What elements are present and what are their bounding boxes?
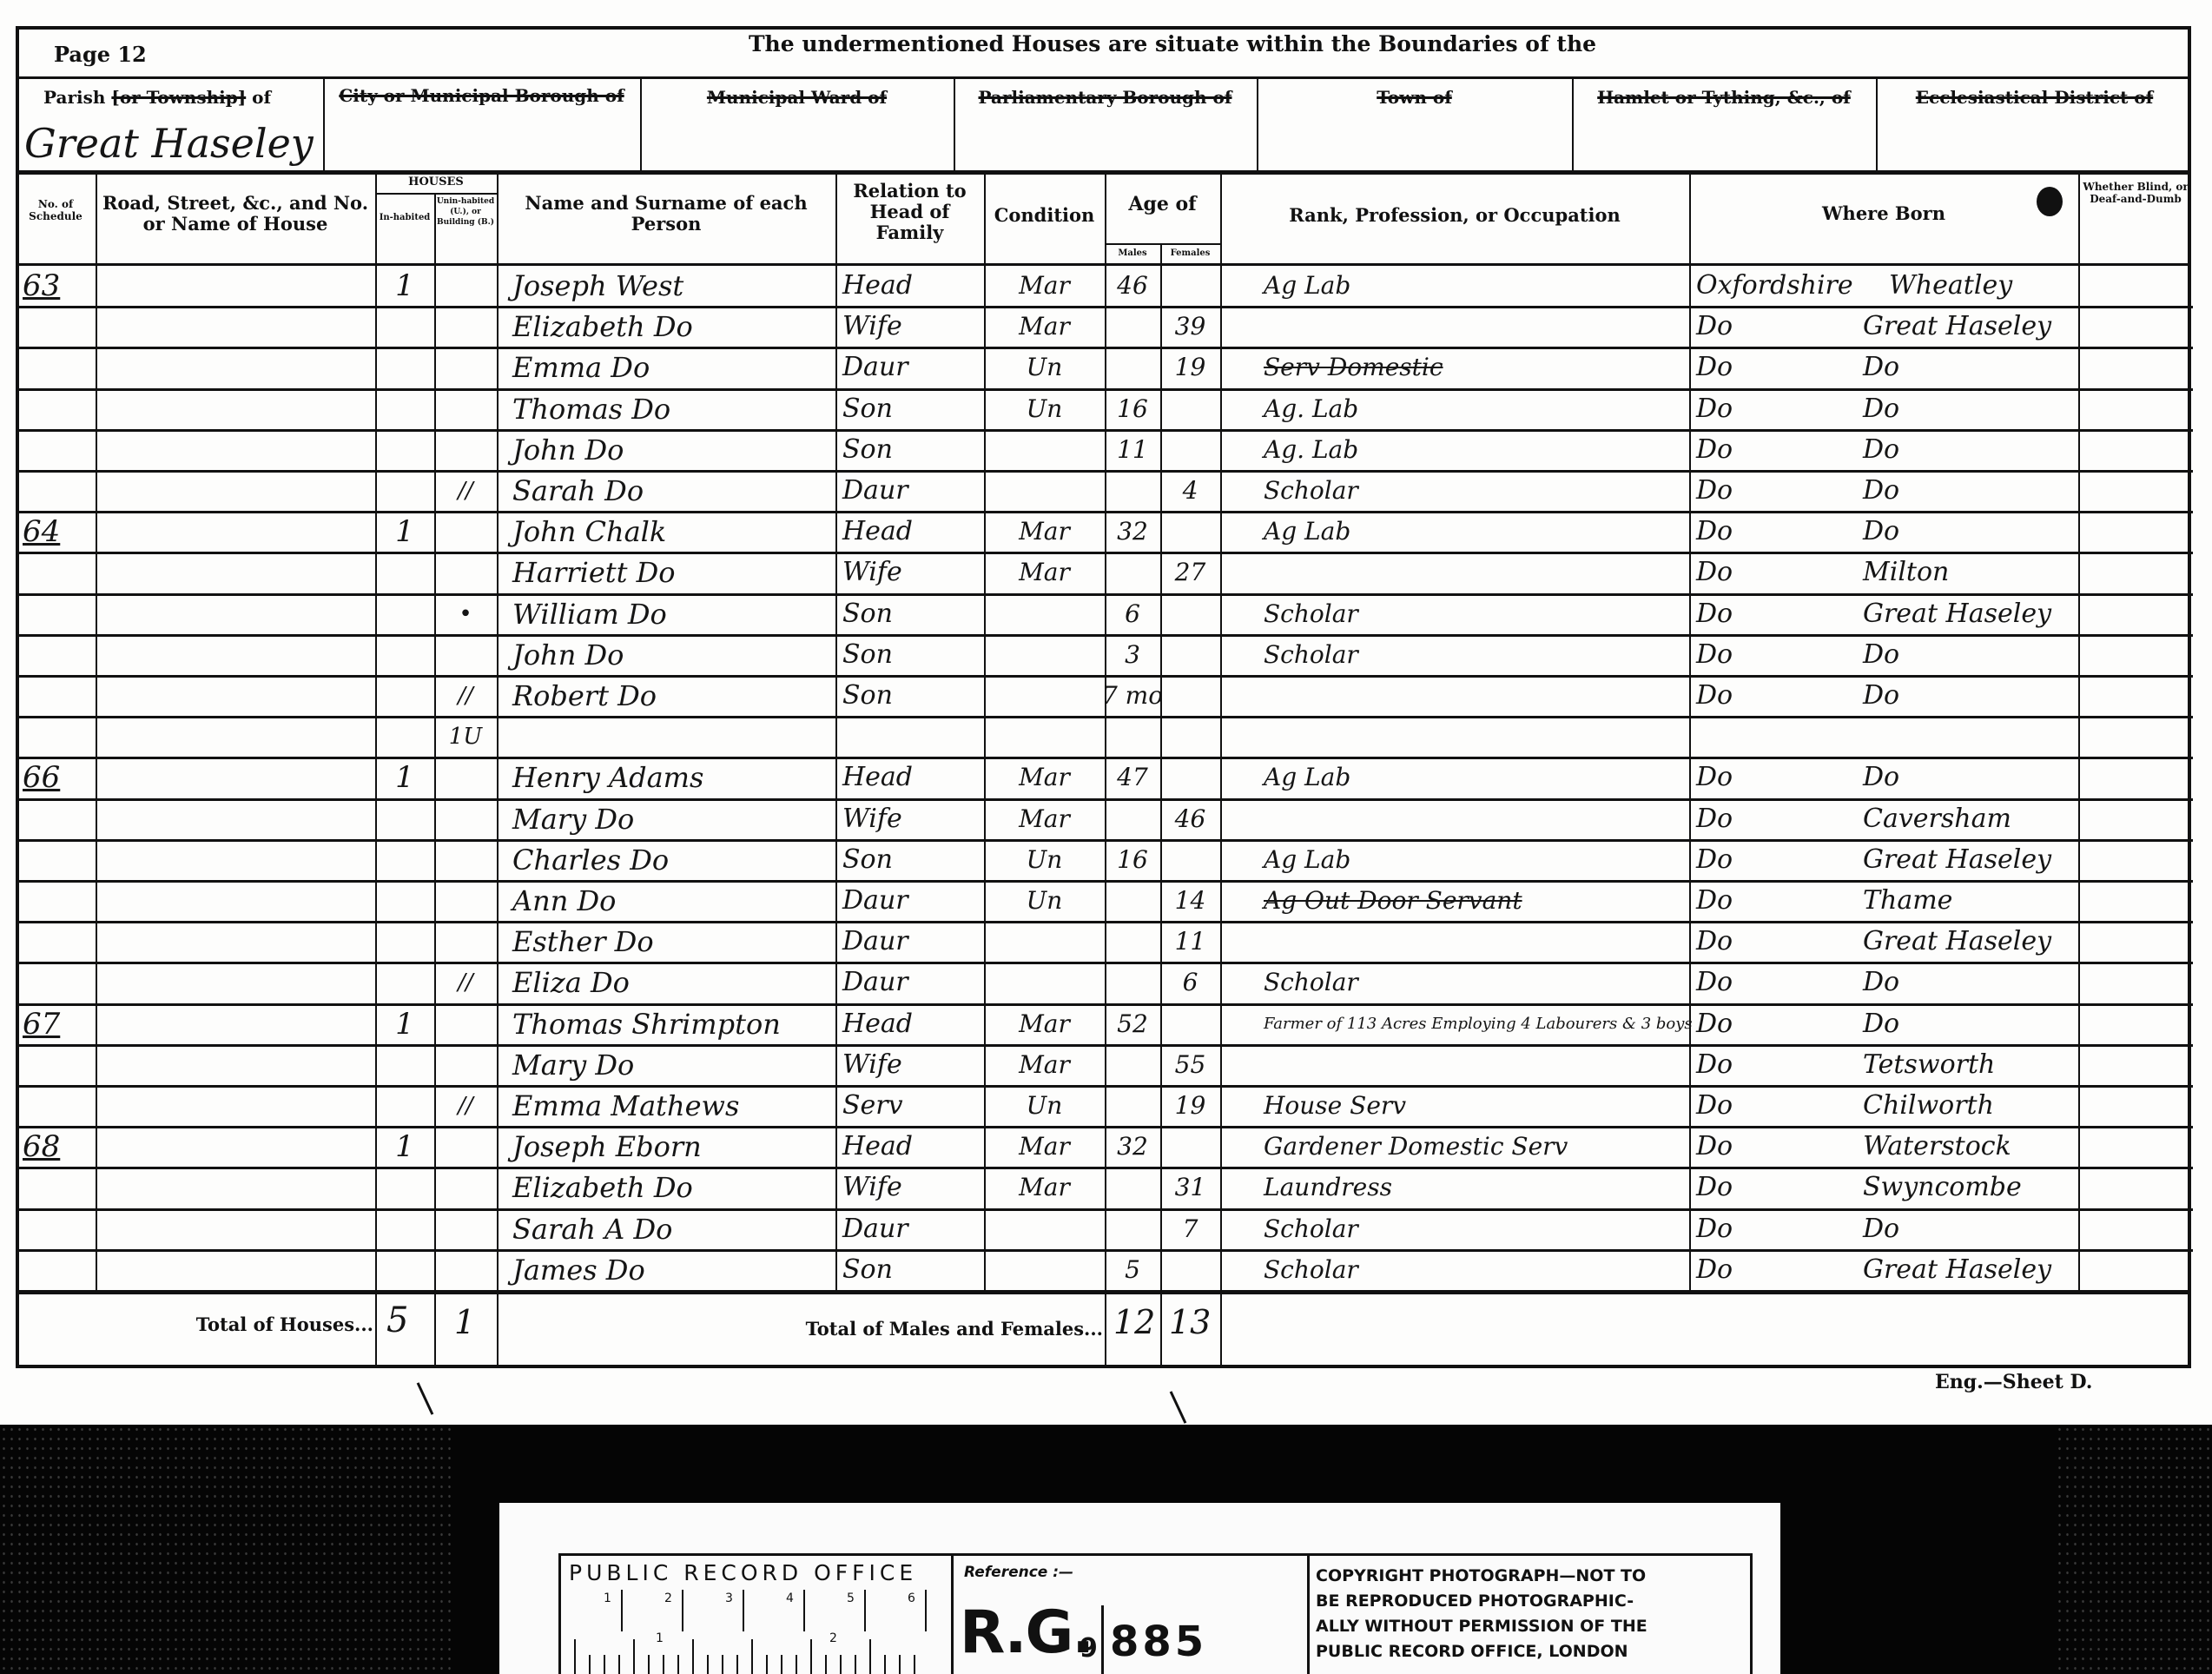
census-row: 661Henry AdamsHeadMar47Ag LabDoDo: [0, 757, 2212, 797]
census-row: 641John ChalkHeadMar32Ag LabDoDo: [0, 511, 2212, 552]
female-age: 11: [1160, 921, 1220, 962]
relation: Wife: [842, 306, 984, 347]
person-name: William Do: [512, 593, 835, 634]
occupation: Scholar: [1264, 470, 1689, 511]
census-row: Mary DoWifeMar55DoTetsworth: [0, 1044, 2212, 1085]
ruler-label: 6: [908, 1591, 915, 1605]
person-name: Ann Do: [512, 880, 835, 921]
male-age: 16: [1105, 839, 1160, 880]
male-age: 46: [1105, 265, 1160, 306]
col-header-where-born: Where Born: [1693, 203, 2075, 224]
person-name: James Do: [512, 1249, 835, 1290]
uninhabited-mark: //: [434, 470, 497, 511]
copyright-line: COPYRIGHT PHOTOGRAPH—NOT TO: [1316, 1564, 1746, 1589]
condition: Mar: [984, 265, 1105, 306]
person-name: Joseph Eborn: [512, 1126, 835, 1167]
ruler-label: 4: [786, 1591, 794, 1605]
born-county: Do: [1696, 306, 1863, 347]
copyright-line: ALLY WITHOUT PERMISSION OF THE: [1316, 1614, 1746, 1639]
born-county: Do: [1696, 1208, 1863, 1249]
col-header-inhabited: In-habited: [375, 212, 434, 224]
relation: Wife: [842, 1044, 984, 1085]
scale-ruler: 12345612: [569, 1590, 934, 1674]
copyright-line: BE REPRODUCED PHOTOGRAPHIC-: [1316, 1589, 1746, 1614]
condition: Mar: [984, 306, 1105, 347]
col-header-houses: HOUSES: [375, 176, 497, 189]
person-name: Mary Do: [512, 1044, 835, 1085]
reference-prefix: R.G.: [960, 1598, 1093, 1667]
inhabited-mark: 1: [375, 1126, 434, 1167]
born-place: Great Haseley: [1863, 1249, 2078, 1290]
occupation: Laundress: [1264, 1167, 1689, 1208]
total-persons-label: Total of Males and Females...: [695, 1318, 1103, 1340]
col-header-uninhabited: Unin-habited (U.), or Building (B.): [436, 196, 495, 228]
schedule-number: 64: [23, 511, 96, 552]
condition: Mar: [984, 552, 1105, 592]
person-name: Esther Do: [512, 921, 835, 962]
person-name: Harriett Do: [512, 552, 835, 592]
occupation: Scholar: [1264, 634, 1689, 675]
uninhabited-mark: 1U: [434, 716, 497, 757]
born-place: Do: [1863, 1003, 2078, 1044]
relation: Son: [842, 388, 984, 429]
born-place: Do: [1863, 634, 2078, 675]
born-county: Do: [1696, 839, 1863, 880]
person-name: Emma Mathews: [512, 1085, 835, 1126]
col-header-name: Name and Surname of each Person: [500, 193, 832, 235]
occupation: Ag Lab: [1264, 757, 1689, 797]
relation: Daur: [842, 921, 984, 962]
born-place: Tetsworth: [1863, 1044, 2078, 1085]
condition: Mar: [984, 798, 1105, 839]
born-county: Do: [1696, 675, 1863, 716]
person-name: Joseph West: [512, 265, 835, 306]
female-age: 14: [1160, 880, 1220, 921]
occupation: Gardener Domestic Serv: [1264, 1126, 1689, 1167]
hole-punch-mark: [2037, 187, 2063, 216]
born-place: Great Haseley: [1863, 593, 2078, 634]
born-county: Do: [1696, 962, 1863, 1002]
relation: Wife: [842, 798, 984, 839]
born-place: Do: [1863, 962, 2078, 1002]
relation: Serv: [842, 1085, 984, 1126]
born-place: Do: [1863, 429, 2078, 470]
relation: Head: [842, 265, 984, 306]
person-name: Elizabeth Do: [512, 1167, 835, 1208]
copyright-notice: COPYRIGHT PHOTOGRAPH—NOT TOBE REPRODUCED…: [1316, 1564, 1746, 1664]
relation: Son: [842, 1249, 984, 1290]
relation: Head: [842, 1126, 984, 1167]
female-age: 6: [1160, 962, 1220, 1002]
boundary-label-1: City or Municipal Borough of: [323, 85, 640, 106]
ruler-label: 1: [656, 1631, 664, 1645]
relation: Son: [842, 634, 984, 675]
inhabited-mark: 1: [375, 511, 434, 552]
female-age: 19: [1160, 1085, 1220, 1126]
col-header-age: Age of: [1105, 193, 1220, 215]
born-county: Do: [1696, 511, 1863, 552]
born-place: Do: [1863, 1208, 2078, 1249]
born-county: Do: [1696, 429, 1863, 470]
ruler-label: 1: [604, 1591, 611, 1605]
born-county: Do: [1696, 470, 1863, 511]
occupation: Ag. Lab: [1264, 388, 1689, 429]
condition: Un: [984, 1085, 1105, 1126]
total-males: 12: [1113, 1303, 1155, 1341]
col-header-road: Road, Street, &c., and No. or Name of Ho…: [99, 193, 372, 235]
born-county: Do: [1696, 388, 1863, 429]
born-county: Do: [1696, 593, 1863, 634]
born-county: Do: [1696, 634, 1863, 675]
total-inhabited: 5: [386, 1300, 408, 1340]
schedule-number: 68: [23, 1126, 96, 1167]
col-header-blind: Whether Blind, or Deaf-and-Dumb: [2082, 181, 2189, 205]
relation: Son: [842, 839, 984, 880]
condition: Un: [984, 839, 1105, 880]
relation: Son: [842, 429, 984, 470]
census-row: //Eliza DoDaur6ScholarDoDo: [0, 962, 2212, 1002]
male-age: 32: [1105, 511, 1160, 552]
born-county: Do: [1696, 1003, 1863, 1044]
condition: Un: [984, 347, 1105, 387]
total-uninhabited: 1: [454, 1303, 475, 1341]
boundary-label-0: Parish [or Township] of: [16, 87, 351, 108]
census-row: 631Joseph WestHeadMar46Ag LabOxfordshire…: [0, 265, 2212, 306]
male-age: 6: [1105, 593, 1160, 634]
female-age: 46: [1160, 798, 1220, 839]
born-place: Wheatley: [1889, 265, 2104, 306]
born-county: Do: [1696, 921, 1863, 962]
page-number: Page 12: [54, 42, 147, 67]
person-name: Robert Do: [512, 675, 835, 716]
col-header-condition: Condition: [987, 205, 1101, 226]
uninhabited-mark: //: [434, 675, 497, 716]
col-header-occupation: Rank, Profession, or Occupation: [1224, 205, 1686, 226]
relation: Daur: [842, 347, 984, 387]
person-name: Henry Adams: [512, 757, 835, 797]
census-row: •William DoSon6ScholarDoGreat Haseley: [0, 593, 2212, 634]
census-row: Thomas DoSonUn16Ag. LabDoDo: [0, 388, 2212, 429]
born-county: Do: [1696, 798, 1863, 839]
born-county: Do: [1696, 757, 1863, 797]
born-place: Swyncombe: [1863, 1167, 2078, 1208]
born-place: Chilworth: [1863, 1085, 2078, 1126]
occupation: Serv Domestic: [1264, 347, 1689, 387]
condition: Un: [984, 388, 1105, 429]
born-county: Do: [1696, 1167, 1863, 1208]
born-place: Great Haseley: [1863, 839, 2078, 880]
schedule-number: 67: [23, 1003, 96, 1044]
occupation: Ag Lab: [1264, 265, 1689, 306]
born-place: Do: [1863, 388, 2078, 429]
reference-label: Reference :—: [964, 1564, 1073, 1581]
census-row: 681Joseph EbornHeadMar32Gardener Domesti…: [0, 1126, 2212, 1167]
uninhabited-mark: •: [434, 593, 497, 634]
col-header-schedule: No. of Schedule: [19, 198, 92, 222]
born-county: Do: [1696, 347, 1863, 387]
male-age: 11: [1105, 429, 1160, 470]
relation: Daur: [842, 470, 984, 511]
census-row: 671Thomas ShrimptonHeadMar52Farmer of 11…: [0, 1003, 2212, 1044]
col-header-males: Males: [1105, 248, 1160, 258]
reference-series: 9: [1080, 1633, 1098, 1664]
person-name: Mary Do: [512, 798, 835, 839]
census-row: //Sarah DoDaur4ScholarDoDo: [0, 470, 2212, 511]
occupation: Ag. Lab: [1264, 429, 1689, 470]
census-row: Emma DoDaurUn19Serv DomesticDoDo: [0, 347, 2212, 387]
occupation: Ag Out Door Servant: [1264, 880, 1689, 921]
male-age: 5: [1105, 1249, 1160, 1290]
person-name: John Do: [512, 634, 835, 675]
relation: Wife: [842, 552, 984, 592]
female-age: 4: [1160, 470, 1220, 511]
occupation: Ag Lab: [1264, 839, 1689, 880]
col-header-females: Females: [1160, 248, 1220, 258]
ruler-label: 5: [847, 1591, 855, 1605]
schedule-number: 63: [23, 265, 96, 306]
female-age: 19: [1160, 347, 1220, 387]
condition: Mar: [984, 1167, 1105, 1208]
census-row: Harriett DoWifeMar27DoMilton: [0, 552, 2212, 592]
person-name: Elizabeth Do: [512, 306, 835, 347]
person-name: Eliza Do: [512, 962, 835, 1002]
reference-piece: 885: [1110, 1618, 1207, 1666]
born-place: Do: [1863, 511, 2078, 552]
male-age: 7 mo: [1105, 675, 1160, 716]
condition: Un: [984, 880, 1105, 921]
female-age: 7: [1160, 1208, 1220, 1249]
female-age: 39: [1160, 306, 1220, 347]
parish-name: Great Haseley: [24, 120, 314, 167]
inhabited-mark: 1: [375, 265, 434, 306]
census-row: 1U: [0, 716, 2212, 757]
person-name: John Do: [512, 429, 835, 470]
banner-text: The undermentioned Houses are situate wi…: [608, 31, 1737, 56]
born-county: Do: [1696, 552, 1863, 592]
boundary-label-2: Municipal Ward of: [640, 87, 954, 108]
person-name: Emma Do: [512, 347, 835, 387]
census-row: James DoSon5ScholarDoGreat Haseley: [0, 1249, 2212, 1290]
condition: Mar: [984, 511, 1105, 552]
tally-mark: [417, 1382, 434, 1415]
condition: Mar: [984, 1044, 1105, 1085]
born-county: Do: [1696, 1126, 1863, 1167]
relation: Son: [842, 593, 984, 634]
born-county: Do: [1696, 1044, 1863, 1085]
sheet-footer: Eng.—Sheet D.: [1935, 1371, 2092, 1393]
born-county: Do: [1696, 880, 1863, 921]
male-age: 32: [1105, 1126, 1160, 1167]
inhabited-mark: 1: [375, 757, 434, 797]
person-name: John Chalk: [512, 511, 835, 552]
boundary-label-4: Town of: [1257, 87, 1572, 108]
copyright-line: PUBLIC RECORD OFFICE, LONDON: [1316, 1639, 1746, 1664]
condition: Mar: [984, 757, 1105, 797]
relation: Wife: [842, 1167, 984, 1208]
census-row: Elizabeth DoWifeMar39DoGreat Haseley: [0, 306, 2212, 347]
record-office-label: PUBLIC RECORD OFFICE: [569, 1560, 917, 1585]
female-age: 27: [1160, 552, 1220, 592]
boundary-label-6: Ecclesiastical District of: [1876, 87, 2193, 108]
relation: Head: [842, 1003, 984, 1044]
tally-mark: [1170, 1391, 1187, 1424]
ruler-label: 2: [664, 1591, 672, 1605]
total-females: 13: [1169, 1303, 1211, 1341]
born-county: Do: [1696, 1085, 1863, 1126]
born-place: Caversham: [1863, 798, 2078, 839]
born-place: Great Haseley: [1863, 921, 2078, 962]
occupation: Scholar: [1264, 593, 1689, 634]
ruler-label: 3: [725, 1591, 733, 1605]
condition: Mar: [984, 1003, 1105, 1044]
occupation: Scholar: [1264, 962, 1689, 1002]
male-age: 47: [1105, 757, 1160, 797]
condition: Mar: [984, 1126, 1105, 1167]
male-age: 3: [1105, 634, 1160, 675]
census-row: Sarah A DoDaur7ScholarDoDo: [0, 1208, 2212, 1249]
person-name: Thomas Shrimpton: [512, 1003, 835, 1044]
census-row: Elizabeth DoWifeMar31LaundressDoSwyncomb…: [0, 1167, 2212, 1208]
census-page: Page 12 The undermentioned Houses are si…: [0, 0, 2212, 1425]
relation: Daur: [842, 1208, 984, 1249]
female-age: 31: [1160, 1167, 1220, 1208]
born-place: Do: [1863, 675, 2078, 716]
occupation: Scholar: [1264, 1249, 1689, 1290]
born-county: Do: [1696, 1249, 1863, 1290]
person-name: Sarah Do: [512, 470, 835, 511]
census-row: Charles DoSonUn16Ag LabDoGreat Haseley: [0, 839, 2212, 880]
boundary-label-3: Parliamentary Borough of: [954, 87, 1257, 108]
occupation: Ag Lab: [1264, 511, 1689, 552]
relation: Son: [842, 675, 984, 716]
male-age: 16: [1105, 388, 1160, 429]
census-row: Mary DoWifeMar46DoCaversham: [0, 798, 2212, 839]
ruler-label: 2: [829, 1631, 837, 1645]
born-place: Thame: [1863, 880, 2078, 921]
archive-reference-card: PUBLIC RECORD OFFICE 12345612 Reference …: [499, 1503, 1780, 1674]
born-place: Do: [1863, 757, 2078, 797]
census-row: John DoSon11Ag. LabDoDo: [0, 429, 2212, 470]
schedule-number: 66: [23, 757, 96, 797]
male-age: 52: [1105, 1003, 1160, 1044]
census-row: John DoSon3ScholarDoDo: [0, 634, 2212, 675]
census-row: Esther DoDaur11DoGreat Haseley: [0, 921, 2212, 962]
census-row: //Emma MathewsServUn19House ServDoChilwo…: [0, 1085, 2212, 1126]
inhabited-mark: 1: [375, 1003, 434, 1044]
total-houses-label: Total of Houses...: [156, 1313, 373, 1335]
relation: Head: [842, 511, 984, 552]
occupation: Scholar: [1264, 1208, 1689, 1249]
born-place: Waterstock: [1863, 1126, 2078, 1167]
uninhabited-mark: //: [434, 1085, 497, 1126]
col-header-relation: Relation to Head of Family: [839, 181, 981, 243]
born-place: Milton: [1863, 552, 2078, 592]
census-row: //Robert DoSon7 moDoDo: [0, 675, 2212, 716]
relation: Daur: [842, 880, 984, 921]
census-row: Ann DoDaurUn14Ag Out Door ServantDoThame: [0, 880, 2212, 921]
born-place: Great Haseley: [1863, 306, 2078, 347]
occupation: House Serv: [1264, 1085, 1689, 1126]
person-name: Charles Do: [512, 839, 835, 880]
born-place: Do: [1863, 470, 2078, 511]
female-age: 55: [1160, 1044, 1220, 1085]
born-place: Do: [1863, 347, 2078, 387]
relation: Daur: [842, 962, 984, 1002]
occupation: Farmer of 113 Acres Employing 4 Labourer…: [1264, 1003, 1689, 1044]
person-name: Thomas Do: [512, 388, 835, 429]
boundary-label-5: Hamlet or Tything, &c., of: [1572, 87, 1876, 108]
relation: Head: [842, 757, 984, 797]
uninhabited-mark: //: [434, 962, 497, 1002]
person-name: Sarah A Do: [512, 1208, 835, 1249]
